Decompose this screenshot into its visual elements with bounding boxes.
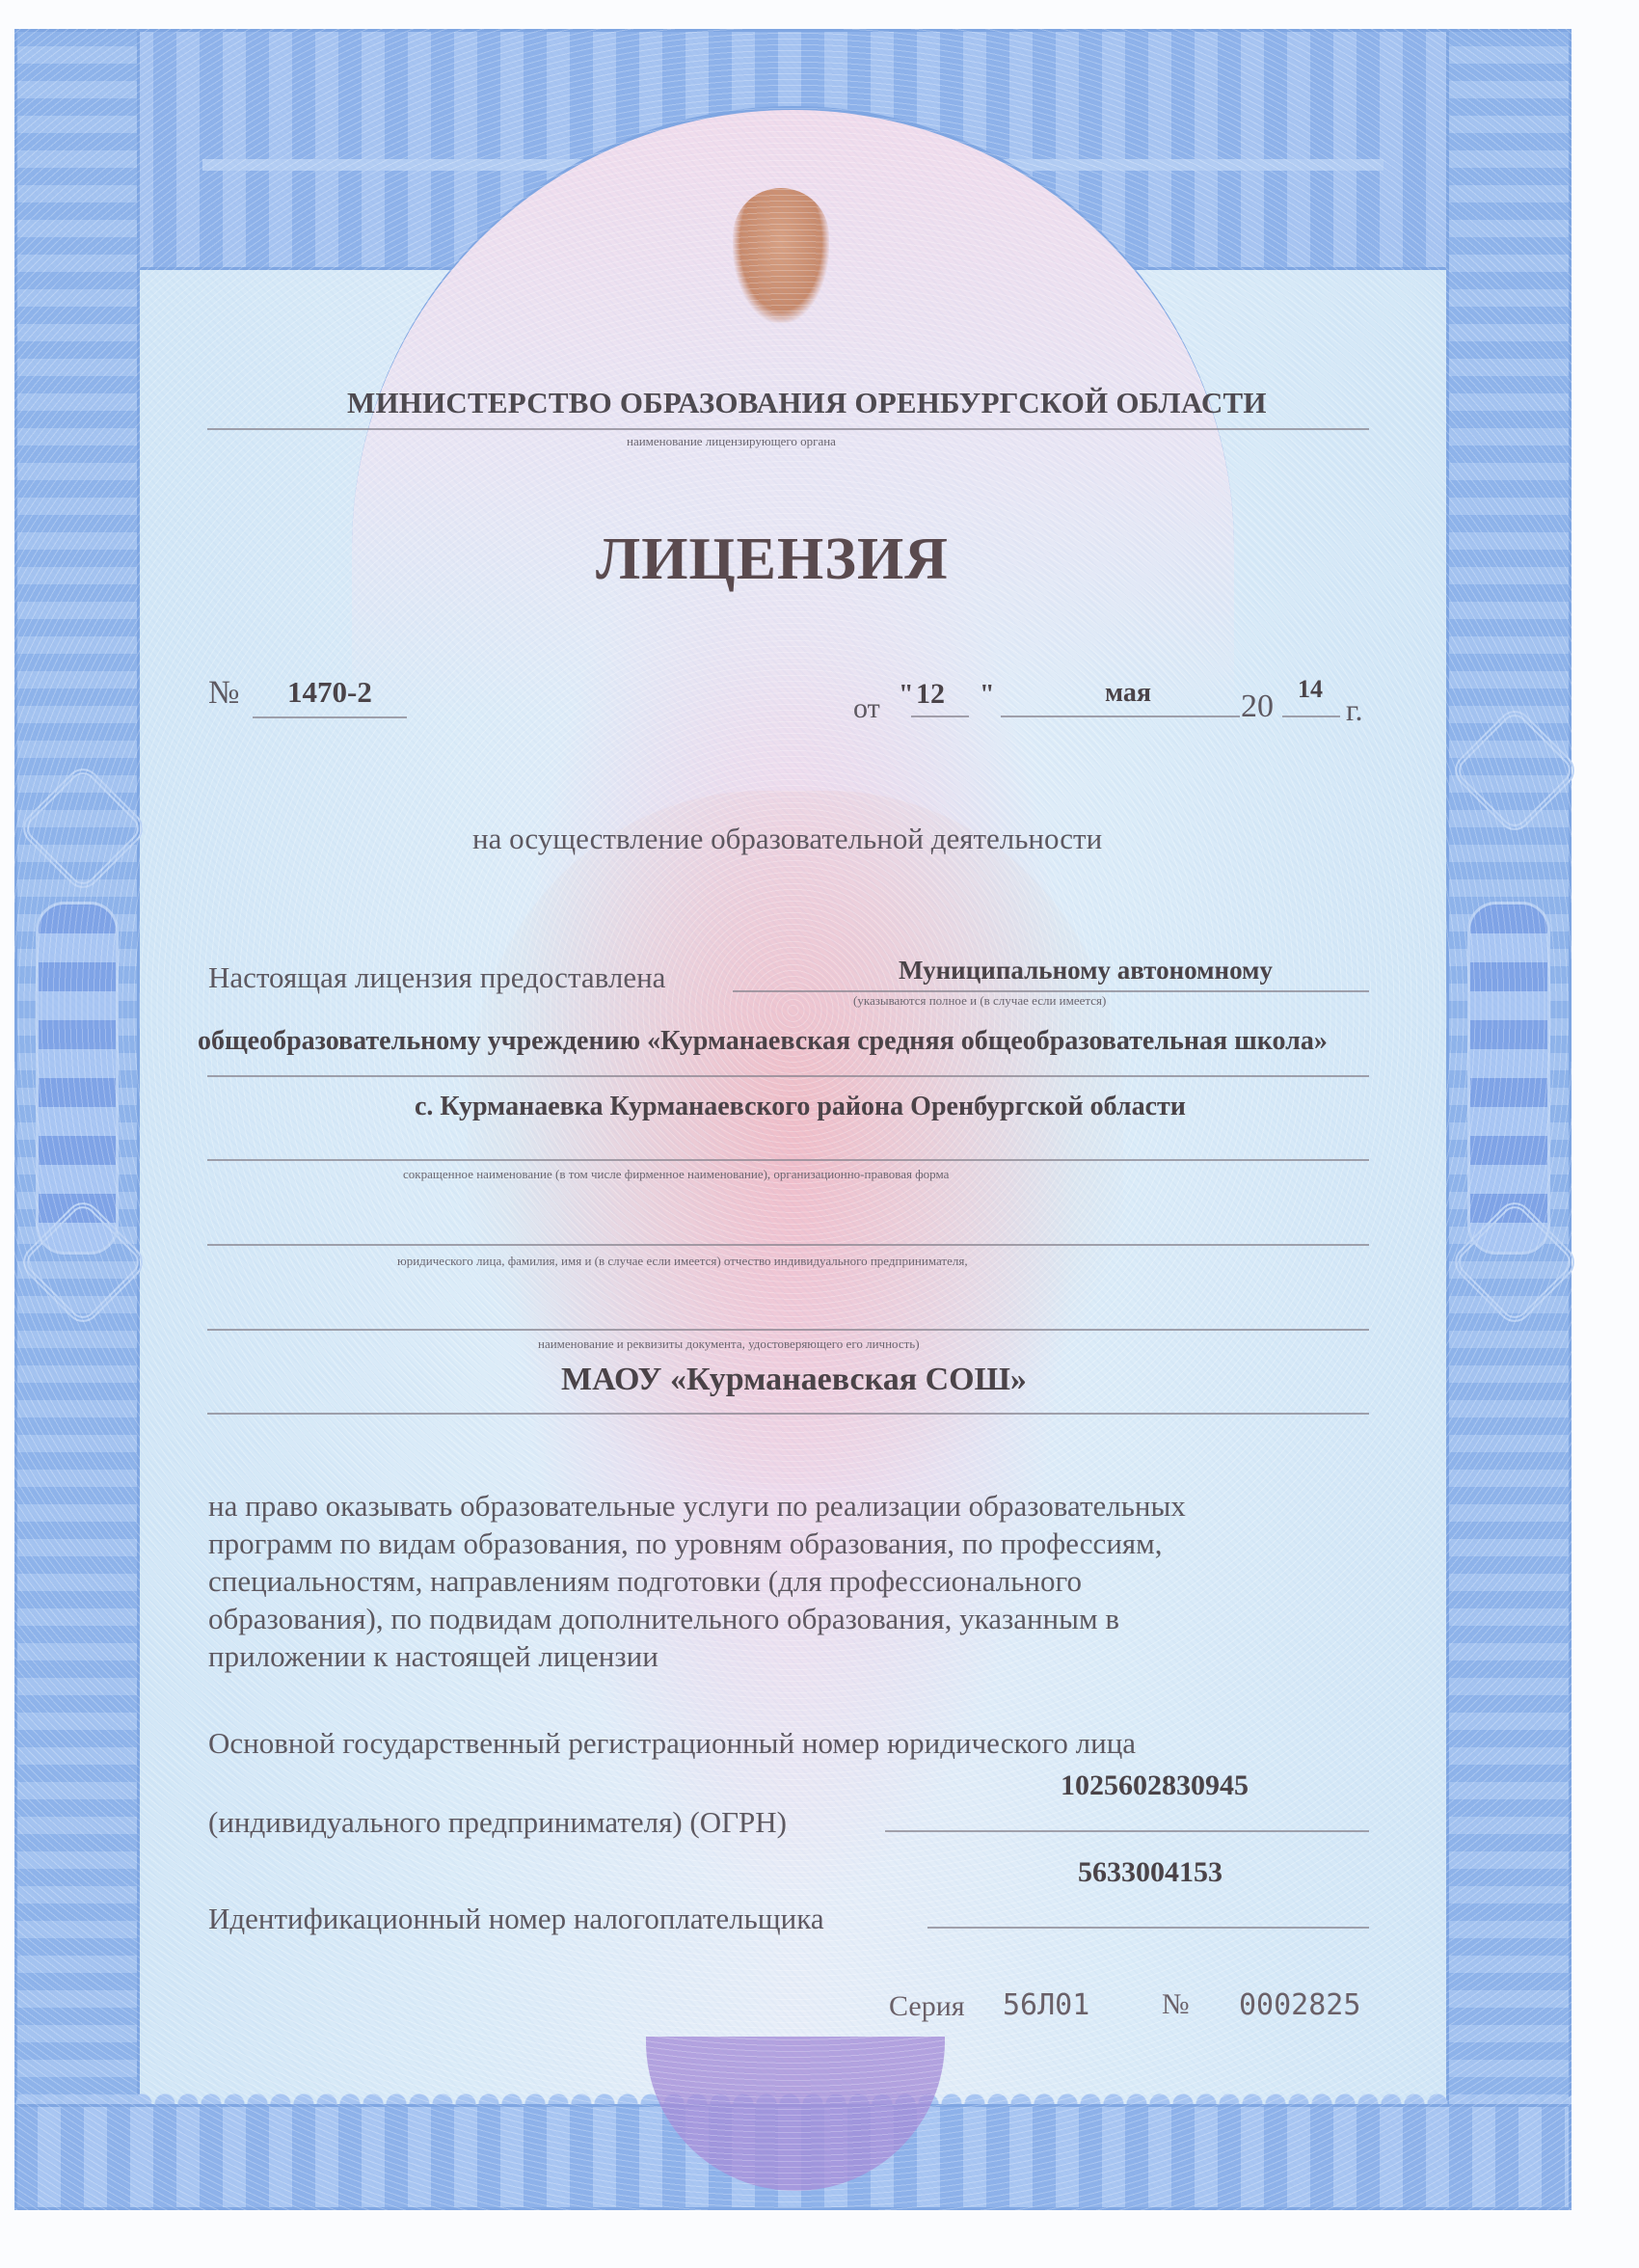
ogrn-label-line1: Основной государственный регистрационный… [208,1726,1136,1761]
licensee-underline-6 [207,1413,1369,1415]
series-number: 0002825 [1239,1988,1360,2022]
ogrn-value: 1025602830945 [1061,1769,1249,1802]
licensee-address: с. Курманаевка Курманаевского района Оре… [415,1092,1186,1122]
ogrn-underline [885,1830,1369,1832]
document-title: ЛИЦЕНЗИЯ [596,526,949,594]
rights-line: специальностям, направлениям подготовки … [208,1562,1370,1600]
year-prefix: 20 [1241,688,1274,725]
licensee-short-name: МАОУ «Курманаевская СОШ» [561,1362,1027,1398]
series-label: Серия [889,1990,965,2023]
date-day: 12 [916,678,945,711]
year-underline [1282,715,1340,717]
authority-underline [207,428,1369,430]
series-number-label: № [1162,1988,1190,2021]
rights-line: программ по видам образования, по уровня… [208,1525,1370,1562]
licensee-caption-3: юридического лица, фамилия, имя и (в слу… [397,1254,968,1269]
licensee-name-line1: Муниципальному автономному [899,956,1273,985]
inn-label: Идентификационный номер налогоплательщик… [208,1902,824,1936]
inn-value: 5633004153 [1078,1856,1223,1889]
license-number: 1470-2 [287,675,372,710]
date-close-quote: " [980,680,995,711]
date-month: мая [1105,678,1151,709]
year-suffix: 14 [1298,675,1323,704]
ogrn-label-line2: (индивидуального предпринимателя) (ОГРН) [208,1805,787,1840]
licensee-underline-2 [207,1075,1369,1077]
licensee-name-line2: общеобразовательному учреждению «Курмана… [198,1026,1328,1057]
licensee-underline-5 [207,1329,1369,1331]
license-purpose: на осуществление образовательной деятель… [472,822,1102,856]
series-value: 56Л01 [1003,1988,1089,2022]
rights-line: образования), по подвидам дополнительног… [208,1600,1370,1637]
rights-line: на право оказывать образовательные услуг… [208,1487,1370,1525]
license-content: МИНИСТЕРСТВО ОБРАЗОВАНИЯ ОРЕНБУРГСКОЙ ОБ… [0,0,1639,2268]
licensee-caption-1: (указываются полное и (в случае если име… [853,993,1106,1009]
rights-paragraph: на право оказывать образовательные услуг… [208,1487,1370,1675]
month-underline [1001,715,1240,717]
number-underline [253,716,407,718]
day-underline [911,715,969,717]
licensee-caption-4: наименование и реквизиты документа, удос… [538,1336,920,1352]
authority-caption: наименование лицензирующего органа [627,434,836,449]
licensee-underline-1 [733,990,1369,992]
licensing-authority: МИНИСТЕРСТВО ОБРАЗОВАНИЯ ОРЕНБУРГСКОЙ ОБ… [347,386,1267,420]
granted-to-label: Настоящая лицензия предоставлена [208,960,665,995]
date-prefix: от [853,692,880,725]
licensee-underline-3 [207,1159,1369,1161]
rights-line: приложении к настоящей лицензии [208,1637,1370,1675]
date-open-quote: " [899,680,914,711]
licensee-caption-2: сокращенное наименование (в том числе фи… [403,1167,949,1182]
license-number-label: № [208,675,239,712]
year-label: г. [1346,692,1363,728]
licensee-underline-4 [207,1244,1369,1246]
inn-underline [927,1927,1369,1929]
